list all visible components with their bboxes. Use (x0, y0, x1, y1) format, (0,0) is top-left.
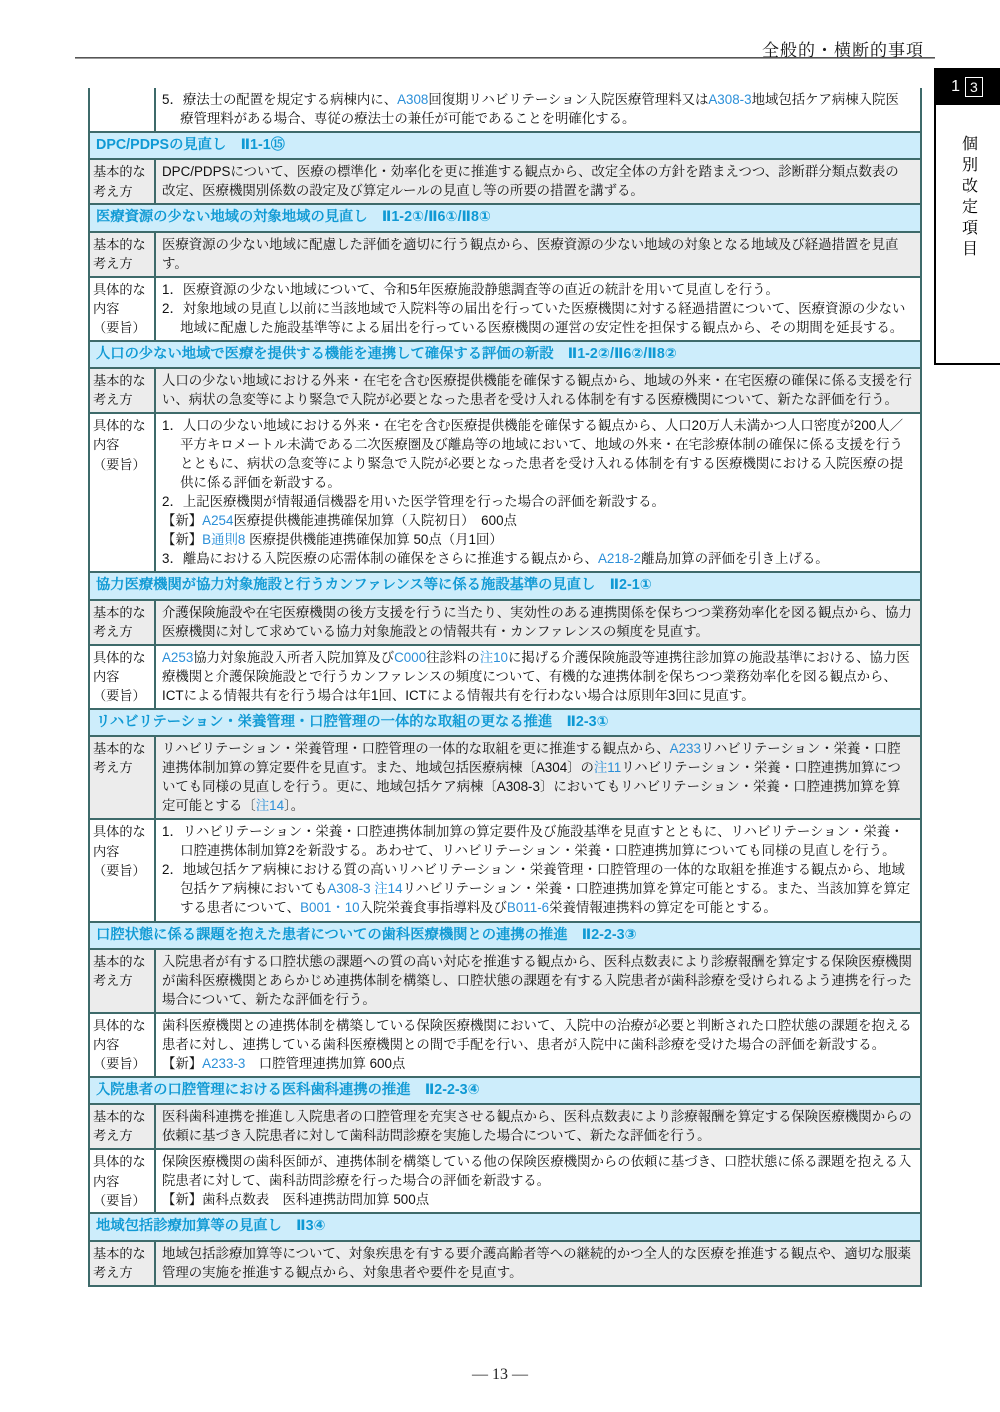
section-header: 口腔状態に係る課題を抱えた患者についての歯科医療機関との連携の推進 Ⅱ2-2-3… (88, 921, 922, 950)
text-segment: 3．離島における入院医療の応需体制の確保をさらに推進する観点から、 (162, 551, 598, 566)
row-content: 医科歯科連携を推進し入院患者の口腔管理を充実させる観点から、医科点数表により診療… (156, 1105, 920, 1148)
text-segment: 【新】歯科点数表 医科連携訪問加算 500点 (162, 1192, 429, 1207)
row-label: 具体的な内容（要旨） (90, 1014, 156, 1076)
side-tab-chapter-badge: 1 3 (934, 68, 1000, 105)
row-label-line: 具体的な (93, 416, 151, 435)
text-segment: 2．対象地域の見直し以前に当該地域で入院料等の届出を行っていた医療機関に対する経… (162, 301, 905, 335)
text-segment: 医療資源の少ない地域に配慮した評価を適切に行う観点から、医療資源の少ない地域の対… (162, 237, 898, 271)
text-segment: 介護保険施設や在宅医療機関の後方支援を行うに当たり、実効性のある連携関係を保ちつ… (162, 605, 912, 639)
paragraph: 5．療法士の配置を規定する病棟内に、A308回復期リハビリテーション入院医療管理… (162, 90, 912, 128)
row-content: 医療資源の少ない地域に配慮した評価を適切に行う観点から、医療資源の少ない地域の対… (156, 233, 920, 276)
paragraph: 【新】B通則8 医療提供機能連携確保加算 50点（月1回） (162, 530, 912, 549)
text-segment: 〕。 (284, 798, 304, 813)
row-label-line: 基本的な (93, 1107, 151, 1126)
row-label-line: 考え方 (93, 1126, 151, 1145)
text-segment: 1．リハビリテーション・栄養・口腔連携体制加算の算定要件及び施設基準を見直すとと… (162, 824, 904, 858)
section-header: 医療資源の少ない地域の対象地域の見直し Ⅱ1-2①/Ⅱ6①/Ⅱ8① (88, 203, 922, 232)
row-label: 基本的な考え方 (90, 160, 156, 203)
text-segment: 往診料の (426, 650, 480, 665)
row-label (90, 88, 156, 131)
row-content: A253協力対象施設入所者入院加算及びC000往診料の注10に掲げる介護保険施設… (156, 646, 920, 708)
row-label-line: （要旨） (93, 318, 151, 337)
row-label-line: 考え方 (93, 182, 151, 201)
code-reference: B通則8 (202, 532, 245, 547)
row-label-line: 具体的な (93, 822, 151, 841)
code-reference: A233 (670, 741, 701, 756)
section-header: 協力医療機関が協力対象施設と行うカンファレンス等に係る施設基準の見直し Ⅱ2-1… (88, 571, 922, 600)
row-label: 具体的な内容（要旨） (90, 414, 156, 571)
paragraph: 医科歯科連携を推進し入院患者の口腔管理を充実させる観点から、医科点数表により診療… (162, 1107, 912, 1145)
paragraph: A253協力対象施設入所者入院加算及びC000往診料の注10に掲げる介護保険施設… (162, 648, 912, 705)
text-segment: 【新】 (162, 1056, 202, 1071)
text-segment: 5．療法士の配置を規定する病棟内に、 (162, 92, 397, 107)
section-header: 人口の少ない地域で医療を提供する機能を連携して確保する評価の新設 Ⅱ1-2②/Ⅱ… (88, 340, 922, 369)
text-segment: 入院患者が有する口腔状態の課題への質の高い対応を推進する観点から、医科点数表によ… (162, 954, 912, 1007)
row-content: 介護保険施設や在宅医療機関の後方支援を行うに当たり、実効性のある連携関係を保ちつ… (156, 601, 920, 644)
row-content: 入院患者が有する口腔状態の課題への質の高い対応を推進する観点から、医科点数表によ… (156, 950, 920, 1012)
table-row-basic: 基本的な考え方介護保険施設や在宅医療機関の後方支援を行うに当たり、実効性のある連… (88, 599, 922, 646)
row-label-line: 考え方 (93, 254, 151, 273)
code-reference: A218-2 (598, 551, 641, 566)
paragraph: 医療資源の少ない地域に配慮した評価を適切に行う観点から、医療資源の少ない地域の対… (162, 235, 912, 273)
paragraph: 介護保険施設や在宅医療機関の後方支援を行うに当たり、実効性のある連携関係を保ちつ… (162, 603, 912, 641)
paragraph: 2．対象地域の見直し以前に当該地域で入院料等の届出を行っていた医療機関に対する経… (162, 299, 912, 337)
text-segment: 【新】 (162, 513, 202, 528)
section-header: DPC/PDPSの見直し Ⅱ1-1⑮ (88, 131, 922, 160)
code-reference: B011-6 (507, 900, 549, 915)
row-label-line: （要旨） (93, 1054, 151, 1073)
section-header: 入院患者の口腔管理における医科歯科連携の推進 Ⅱ2-2-3④ (88, 1076, 922, 1105)
row-label: 基本的な考え方 (90, 1242, 156, 1285)
paragraph: 歯科医療機関との連携体制を構築している保険医療機関において、入院中の治療が必要と… (162, 1016, 912, 1054)
side-tab-label-box: 個別改定項目 (934, 105, 1000, 365)
row-label-line: 基本的な (93, 235, 151, 254)
row-content: リハビリテーション・栄養管理・口腔管理の一体的な取組を更に推進する観点から、A2… (156, 737, 920, 818)
text-segment: 協力対象施設入所者入院加算及び (193, 650, 394, 665)
paragraph: 1．リハビリテーション・栄養・口腔連携体制加算の算定要件及び施設基準を見直すとと… (162, 822, 912, 860)
table-row-basic: 基本的な考え方DPC/PDPSについて、医療の標準化・効率化を更に推進する観点か… (88, 158, 922, 205)
paragraph: 保険医療機関の歯科医師が、連携体制を構築している他の保険医療機関からの依頼に基づ… (162, 1152, 912, 1190)
revision-items-table: 5．療法士の配置を規定する病棟内に、A308回復期リハビリテーション入院医療管理… (88, 88, 922, 1287)
paragraph: リハビリテーション・栄養管理・口腔管理の一体的な取組を更に推進する観点から、A2… (162, 739, 912, 815)
paragraph: 【新】A254医療提供機能連携確保加算（入院初日） 600点 (162, 511, 912, 530)
text-segment: DPC/PDPSについて、医療の標準化・効率化を更に推進する観点から、改定全体の… (162, 164, 899, 198)
row-label-line: （要旨） (93, 861, 151, 880)
row-label-line: 内容 (93, 435, 151, 454)
row-label-line: 具体的な (93, 1152, 151, 1171)
row-content: DPC/PDPSについて、医療の標準化・効率化を更に推進する観点から、改定全体の… (156, 160, 920, 203)
row-label: 具体的な内容（要旨） (90, 1150, 156, 1212)
text-segment: 1．医療資源の少ない地域について、令和5年医療施設静態調査等の直近の統計を用いて… (162, 282, 779, 297)
code-reference: B001・10 (300, 900, 360, 915)
row-label-line: 内容 (93, 842, 151, 861)
code-reference: A308 (397, 92, 428, 107)
paragraph: 1．医療資源の少ない地域について、令和5年医療施設静態調査等の直近の統計を用いて… (162, 280, 912, 299)
table-row-detail: 具体的な内容（要旨）歯科医療機関との連携体制を構築している保険医療機関において、… (88, 1012, 922, 1078)
table-row-basic: 基本的な考え方リハビリテーション・栄養管理・口腔管理の一体的な取組を更に推進する… (88, 735, 922, 820)
row-content: 歯科医療機関との連携体制を構築している保険医療機関において、入院中の治療が必要と… (156, 1014, 920, 1076)
paragraph: 2．上記医療機関が情報通信機器を用いた医学管理を行った場合の評価を新設する。 (162, 492, 912, 511)
paragraph: DPC/PDPSについて、医療の標準化・効率化を更に推進する観点から、改定全体の… (162, 162, 912, 200)
row-label-line: 具体的な (93, 1016, 151, 1035)
text-segment: 医療提供機能連携確保加算（入院初日） 600点 (233, 513, 516, 528)
table-row-basic: 基本的な考え方入院患者が有する口腔状態の課題への質の高い対応を推進する観点から、… (88, 948, 922, 1014)
text-segment: 栄養情報連携料の算定を可能とする。 (549, 900, 777, 915)
side-tab-boxed-number: 3 (965, 77, 983, 97)
side-tab-label: 個別改定項目 (957, 135, 980, 363)
paragraph: 地域包括診療加算等について、対象疾患を有する要介護高齢者等への継続的かつ全人的な… (162, 1244, 912, 1282)
paragraph: 【新】A233-3 口腔管理連携加算 600点 (162, 1054, 912, 1073)
side-tab: 1 3 個別改定項目 (934, 68, 1000, 365)
row-label: 基本的な考え方 (90, 369, 156, 412)
row-content: 地域包括診療加算等について、対象疾患を有する要介護高齢者等への継続的かつ全人的な… (156, 1242, 920, 1285)
code-reference: A308-3 注14 (327, 881, 402, 896)
text-segment: 【新】 (162, 532, 202, 547)
row-label-line: 基本的な (93, 1244, 151, 1263)
paragraph: 人口の少ない地域における外来・在宅を含む医療提供機能を確保する観点から、地域の外… (162, 371, 912, 409)
row-label-line: 考え方 (93, 758, 151, 777)
row-label: 基本的な考え方 (90, 601, 156, 644)
page-number: — 13 — (472, 1366, 528, 1383)
table-row-detail: 具体的な内容（要旨）保険医療機関の歯科医師が、連携体制を構築している他の保険医療… (88, 1148, 922, 1214)
row-label-line: （要旨） (93, 455, 151, 474)
row-label-line: 考え方 (93, 1263, 151, 1282)
paragraph: 3．離島における入院医療の応需体制の確保をさらに推進する観点から、A218-2離… (162, 549, 912, 568)
row-label-line: 基本的な (93, 162, 151, 181)
code-reference: A233-3 (202, 1056, 245, 1071)
row-content: 1．リハビリテーション・栄養・口腔連携体制加算の算定要件及び施設基準を見直すとと… (156, 820, 920, 920)
text-segment: 口腔管理連携加算 600点 (245, 1056, 405, 1071)
section-header: リハビリテーション・栄養管理・口腔管理の一体的な取組の更なる推進 Ⅱ2-3① (88, 708, 922, 737)
page-footer: — 13 — (0, 1366, 1000, 1384)
row-content: 5．療法士の配置を規定する病棟内に、A308回復期リハビリテーション入院医療管理… (156, 88, 920, 131)
row-label-line: 具体的な (93, 648, 151, 667)
row-content: 人口の少ない地域における外来・在宅を含む医療提供機能を確保する観点から、地域の外… (156, 369, 920, 412)
row-label-line: 内容 (93, 667, 151, 686)
text-segment: 人口の少ない地域における外来・在宅を含む医療提供機能を確保する観点から、地域の外… (162, 373, 912, 407)
table-row-basic: 基本的な考え方医科歯科連携を推進し入院患者の口腔管理を充実させる観点から、医科点… (88, 1103, 922, 1150)
table-row-detail: 具体的な内容（要旨）1．医療資源の少ない地域について、令和5年医療施設静態調査等… (88, 276, 922, 342)
row-label-line: 基本的な (93, 952, 151, 971)
table-row-basic: 基本的な考え方医療資源の少ない地域に配慮した評価を適切に行う観点から、医療資源の… (88, 231, 922, 278)
row-label: 基本的な考え方 (90, 233, 156, 276)
text-segment: 離島加算の評価を引き上げる。 (641, 551, 828, 566)
text-segment: リハビリテーション・栄養管理・口腔管理の一体的な取組を更に推進する観点から、 (162, 741, 670, 756)
row-label: 具体的な内容（要旨） (90, 278, 156, 340)
row-label-line: 基本的な (93, 739, 151, 758)
row-label: 具体的な内容（要旨） (90, 646, 156, 708)
code-reference: C000 (394, 650, 426, 665)
row-label-line: （要旨） (93, 1191, 151, 1210)
code-reference: 注10 (480, 650, 508, 665)
row-label: 具体的な内容（要旨） (90, 820, 156, 920)
paragraph: 1．人口の少ない地域における外来・在宅を含む医療提供機能を確保する観点から、人口… (162, 416, 912, 492)
row-label-line: 基本的な (93, 603, 151, 622)
row-label-line: 内容 (93, 1172, 151, 1191)
row-label-line: 考え方 (93, 622, 151, 641)
text-segment: 医科歯科連携を推進し入院患者の口腔管理を充実させる観点から、医科点数表により診療… (162, 1109, 912, 1143)
table-row-detail: 具体的な内容（要旨）1．リハビリテーション・栄養・口腔連携体制加算の算定要件及び… (88, 818, 922, 922)
row-label-line: 内容 (93, 299, 151, 318)
text-segment: 1．人口の少ない地域における外来・在宅を含む医療提供機能を確保する観点から、人口… (162, 418, 903, 490)
header-rule (75, 57, 935, 59)
row-label-line: 考え方 (93, 390, 151, 409)
section-header: 地域包括診療加算等の見直し Ⅱ3④ (88, 1212, 922, 1241)
row-content: 保険医療機関の歯科医師が、連携体制を構築している他の保険医療機関からの依頼に基づ… (156, 1150, 920, 1212)
paragraph: 【新】歯科点数表 医科連携訪問加算 500点 (162, 1190, 912, 1209)
row-content: 1．医療資源の少ない地域について、令和5年医療施設静態調査等の直近の統計を用いて… (156, 278, 920, 340)
code-reference: A308-3 (708, 92, 751, 107)
row-label: 基本的な考え方 (90, 950, 156, 1012)
row-label-line: （要旨） (93, 686, 151, 705)
paragraph: 2．地域包括ケア病棟における質の高いリハビリテーション・栄養管理・口腔管理の一体… (162, 860, 912, 917)
text-segment: 医療提供機能連携確保加算 50点（月1回） (245, 532, 502, 547)
document-page: 全般的・横断的事項 1 3 個別改定項目 5．療法士の配置を規定する病棟内に、A… (0, 0, 1000, 1412)
row-label-line: 具体的な (93, 280, 151, 299)
text-segment: 入院栄養食事指導料及び (360, 900, 507, 915)
table-row-cont: 5．療法士の配置を規定する病棟内に、A308回復期リハビリテーション入院医療管理… (88, 88, 922, 133)
table-row-detail: 具体的な内容（要旨）A253協力対象施設入所者入院加算及びC000往診料の注10… (88, 644, 922, 710)
code-reference: 注14 (256, 798, 284, 813)
paragraph: 入院患者が有する口腔状態の課題への質の高い対応を推進する観点から、医科点数表によ… (162, 952, 912, 1009)
text-segment: 2．上記医療機関が情報通信機器を用いた医学管理を行った場合の評価を新設する。 (162, 494, 665, 509)
row-label: 基本的な考え方 (90, 1105, 156, 1148)
row-label: 基本的な考え方 (90, 737, 156, 818)
code-reference: A253 (162, 650, 193, 665)
row-label-line: 考え方 (93, 971, 151, 990)
text-segment: 地域包括診療加算等について、対象疾患を有する要介護高齢者等への継続的かつ全人的な… (162, 1246, 911, 1280)
table-row-basic: 基本的な考え方人口の少ない地域における外来・在宅を含む医療提供機能を確保する観点… (88, 367, 922, 414)
side-tab-number: 1 (951, 78, 960, 96)
table-row-detail: 具体的な内容（要旨）1．人口の少ない地域における外来・在宅を含む医療提供機能を確… (88, 412, 922, 573)
text-segment: 保険医療機関の歯科医師が、連携体制を構築している他の保険医療機関からの依頼に基づ… (162, 1154, 911, 1188)
row-label-line: 内容 (93, 1035, 151, 1054)
code-reference: 注11 (594, 760, 621, 775)
row-label-line: 基本的な (93, 371, 151, 390)
text-segment: 歯科医療機関との連携体制を構築している保険医療機関において、入院中の治療が必要と… (162, 1018, 912, 1052)
row-content: 1．人口の少ない地域における外来・在宅を含む医療提供機能を確保する観点から、人口… (156, 414, 920, 571)
table-row-basic: 基本的な考え方地域包括診療加算等について、対象疾患を有する要介護高齢者等への継続… (88, 1240, 922, 1287)
text-segment: 回復期リハビリテーション入院医療管理料又は (428, 92, 708, 107)
code-reference: A254 (202, 513, 233, 528)
